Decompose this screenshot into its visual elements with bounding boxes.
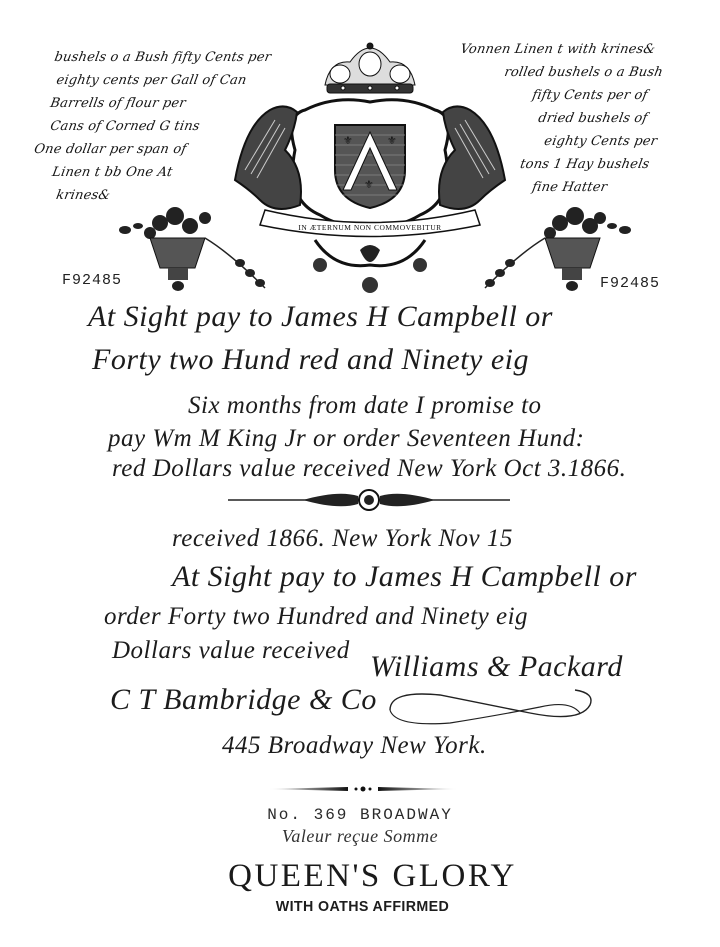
footer-script-line: Valeur reçue Somme <box>282 826 438 846</box>
crest-motto: IN ÆTERNUM NON COMMOVEBITUR <box>298 223 441 232</box>
small-divider <box>268 782 458 796</box>
footer-subtitle: WITH OATHS AFFIRMED <box>18 898 707 915</box>
flower-basket-left-icon <box>110 198 280 298</box>
note-line: dried bushels of <box>536 109 663 132</box>
note2-line1: received 1866. New York Nov 15 <box>172 525 513 553</box>
signature-flourish-icon <box>380 685 600 735</box>
note1-line5: red Dollars value received New York Oct … <box>112 455 626 483</box>
note-line: tons 1 Hay bushels <box>518 155 655 178</box>
note1-line2: Forty two Hund red and Ninety eig <box>92 343 529 377</box>
note2-line2: At Sight pay to James H Campbell or <box>172 560 637 594</box>
note-line: rolled bushels o a Bush <box>502 63 671 86</box>
drawer-name: C T Bambridge & Co <box>110 683 377 717</box>
serial-number-right: F92485 <box>600 275 660 292</box>
serial-number-left: F92485 <box>62 272 122 289</box>
note1-line3: Six months from date I promise to <box>188 392 542 420</box>
note-line: eighty Cents per <box>542 132 659 155</box>
footer-script-wrap: Valeur reçue Somme <box>0 826 720 847</box>
svg-text:⚜: ⚜ <box>343 135 353 147</box>
footer-title: QUEEN'S GLORY <box>0 858 720 895</box>
svg-text:⚜: ⚜ <box>387 135 397 147</box>
note2-line3: order Forty two Hundred and Ninety eig <box>104 603 528 631</box>
note1-line1: At Sight pay to James H Campbell or <box>88 300 553 334</box>
address-line: 445 Broadway New York. <box>222 732 487 760</box>
note-line: One dollar per span of <box>32 140 257 163</box>
footer-address: No. 369 BROADWAY <box>0 806 720 824</box>
ornamental-divider <box>228 488 510 512</box>
note1-line4: pay Wm M King Jr or order Seventeen Hund… <box>108 425 584 453</box>
signature-williams-packard: Williams & Packard <box>370 650 623 684</box>
svg-text:⚜: ⚜ <box>364 179 374 191</box>
note-line: Linen t bb One At <box>50 163 253 186</box>
note-line: fifty Cents per of <box>530 86 667 109</box>
note2-line4: Dollars value received <box>112 637 350 665</box>
